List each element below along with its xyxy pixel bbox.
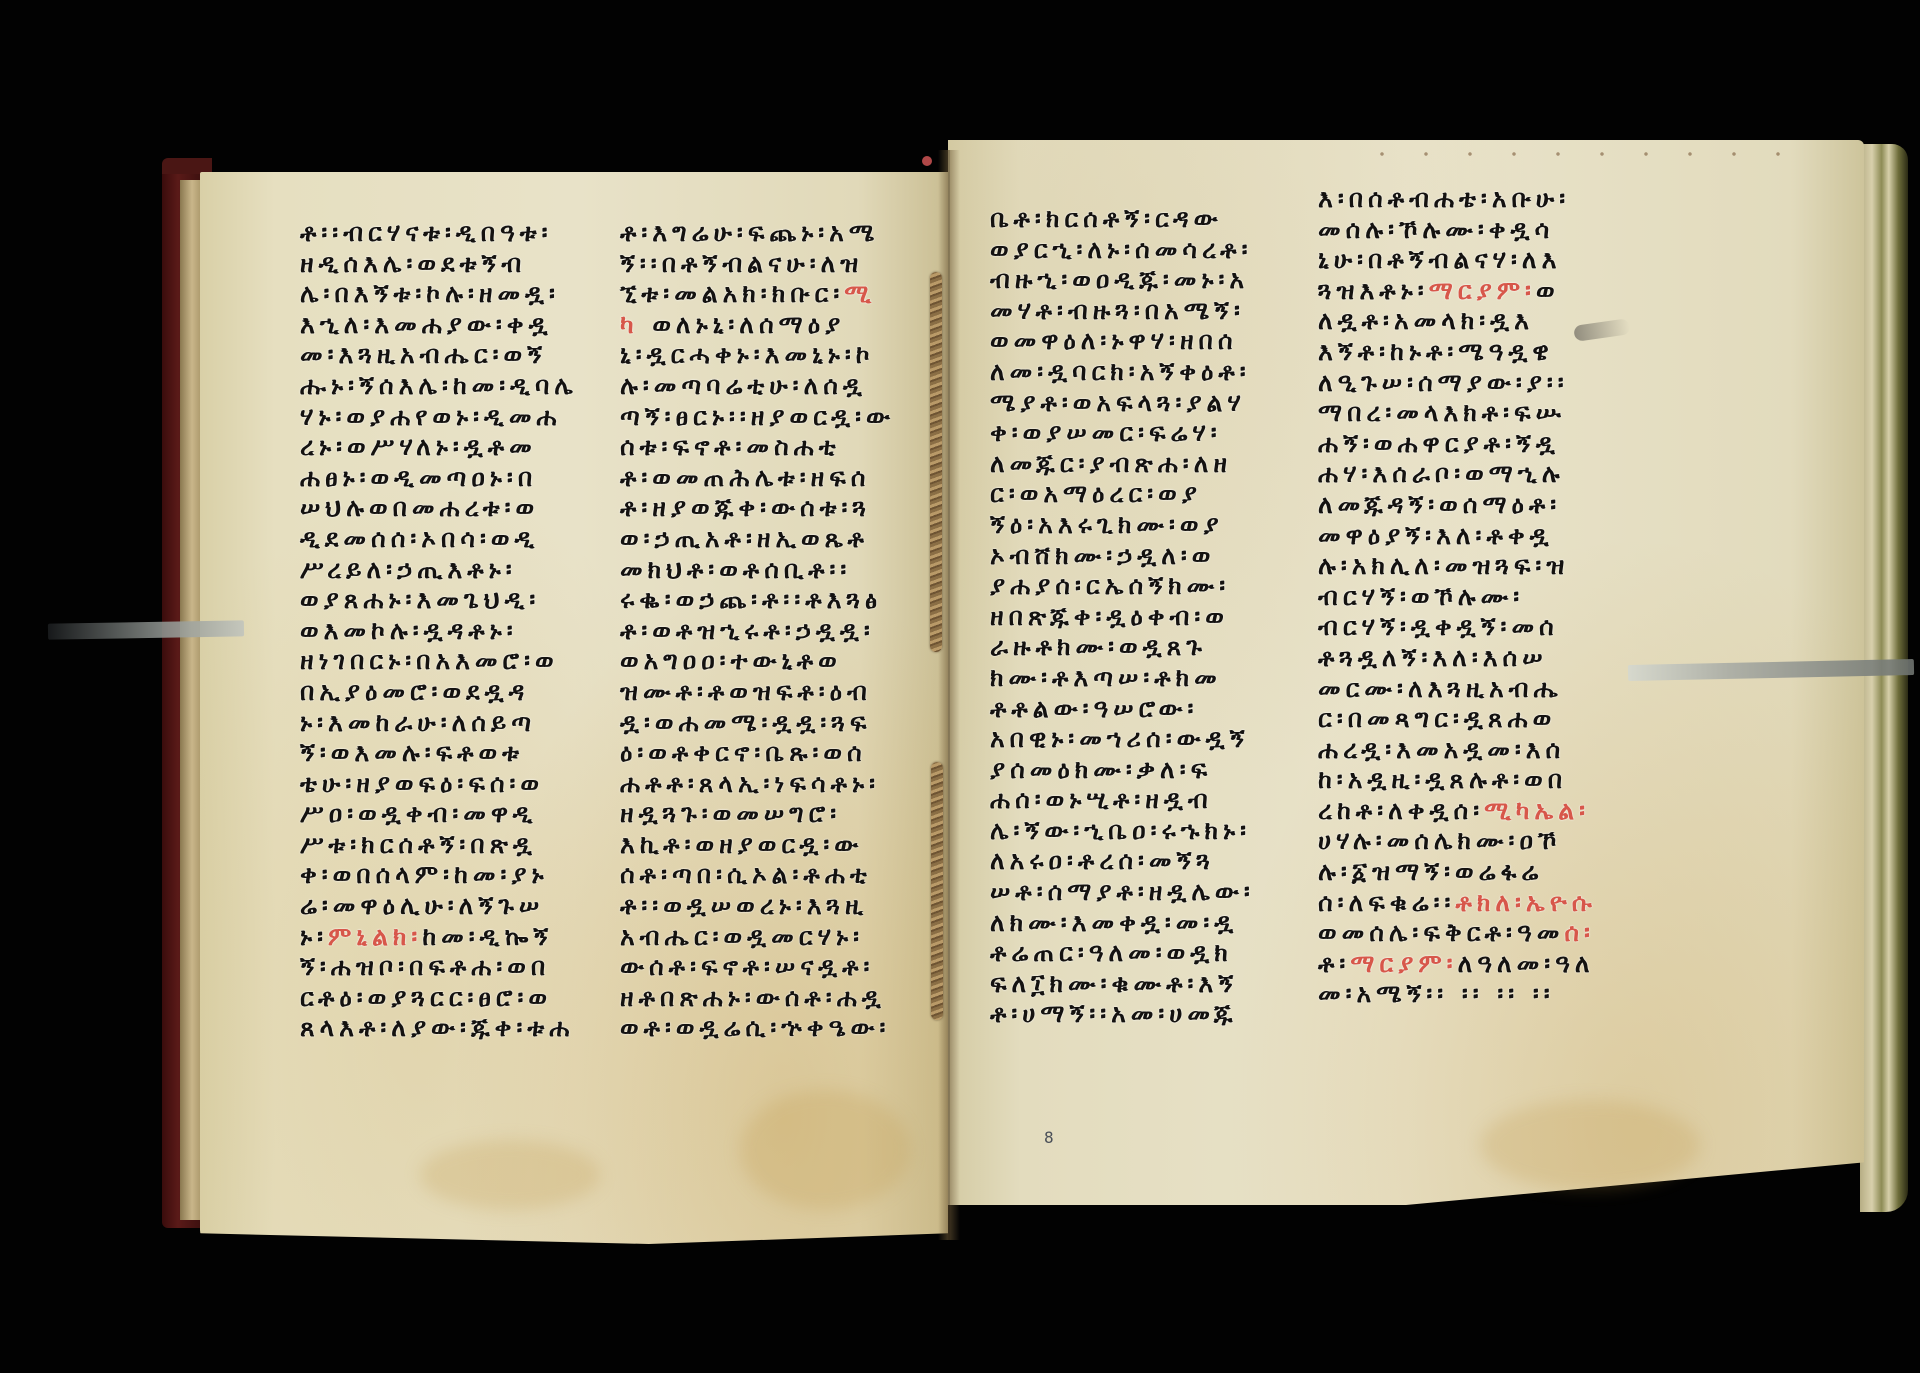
line-text: ቶ፡ዘያወጁቀ፡ውሰቱ፡ጓ <box>620 493 871 522</box>
manuscript-line: ኝ፡፡በቶኝብልናሁ፡ለዝ <box>620 249 930 280</box>
manuscript-line: ሃኑ፡ወያሐየወኑ፡ዲመሐ <box>300 402 610 433</box>
manuscript-line: ሐፀኑ፡ወዲመጣዐኑ፡በ <box>300 463 610 494</box>
manuscript-line: ወመሰሌ፡ፍቅርቶ፡ዓመሰ፡ <box>1318 918 1648 949</box>
line-text: ቶ፡እግሬሁ፡ፍጨኑ፡አሜ <box>620 218 879 247</box>
red-ink-mark <box>922 156 932 166</box>
line-text: ወ <box>1536 276 1560 305</box>
line-text: ዲደመሰሰ፡ኦበሳ፡ወዲ <box>300 524 539 553</box>
manuscript-line: ለዷቶ፡አመላክ፡ዷእ <box>1318 306 1648 337</box>
line-text: ር፡ወአማዕረር፡ወያ <box>990 479 1202 508</box>
line-text: ሌ፡ኝው፡ኂቤዐ፡ሩኁክኑ፡ <box>990 816 1251 845</box>
line-text: ዝሙቶ፡ቶወዝፍቶ፡ዕብ <box>620 677 872 706</box>
line-text: መክህቶ፡ወቶሰቢቶ፡፡ <box>620 555 851 584</box>
manuscript-line: ለመ፡ዷባርክ፡አኝቀዕቶ፡ <box>990 357 1315 388</box>
manuscript-line: ወ፡ኃጢአቶ፡ዘኢወጼቶ <box>620 524 930 555</box>
manuscript-line: ራዙቶክሙ፡ወዷጸጉ <box>990 632 1315 663</box>
line-text: ሠህሉወበመሐረቱ፡ወ <box>300 493 539 522</box>
line-text: ኑ፡ <box>300 922 328 951</box>
manuscript-line: ሉ፡መጣባሬቲሁ፡ለሰዷ <box>620 371 930 402</box>
manuscript-line: ማበረ፡መላእክቶ፡ፍሡ <box>1318 398 1648 429</box>
line-text: ዘበጽጁቀ፡ዷዕቀብ፡ወ <box>990 602 1229 631</box>
manuscript-line: ዕ፡ወቶቀርኖ፡ቤጹ፡ወሰ <box>620 738 930 769</box>
line-text: ሀሃሉ፡መሰሌክሙ፡ዐኾ <box>1318 826 1561 855</box>
manuscript-line: ቶ፡፡ብርሃናቱ፡ዲበዓቱ፡ <box>300 218 610 249</box>
line-text: ቶ፡ <box>1318 949 1350 978</box>
manuscript-line: ቀ፡ወያሠመር፡ፍሬሃ፡ <box>990 418 1315 449</box>
manuscript-line: መሃቶ፡ብዙጓ፡በአሜኝ፡ <box>990 296 1315 327</box>
manuscript-line: ሠቶ፡ሰማያቶ፡ዘዷሌው፡ <box>990 877 1315 908</box>
manuscript-line: እኂለ፡እመሐያው፡ቀዷ <box>300 310 610 341</box>
line-text: ሠቶ፡ሰማያቶ፡ዘዷሌው፡ <box>990 877 1255 906</box>
line-text: ቶ፡ወቶዝኂሩቶ፡ኃዷዷ፡ <box>620 616 875 645</box>
line-text: ሰቶ፡ጣበ፡ሲኦል፡ቶሐቲ <box>620 860 872 889</box>
manuscript-line: ሰቶ፡ጣበ፡ሲኦል፡ቶሐቲ <box>620 860 930 891</box>
pricking-marks <box>1360 150 1800 158</box>
line-text: ር፡በመጻግር፡ዷጸሐወ <box>1318 704 1556 733</box>
manuscript-line: መርሙ፡ለእጓዚአብሔ <box>1318 674 1648 705</box>
rubric-text: ምኒልክ፡ <box>328 922 422 951</box>
line-text: ማበረ፡መላእክቶ፡ፍሡ <box>1318 398 1566 427</box>
line-text: ሐረዷ፡እመአዷመ፡እሰ <box>1318 735 1565 764</box>
line-text: ወመዋዕለ፡ኑዋሃ፡ዘበሰ <box>990 326 1238 355</box>
manuscript-line: እኪቶ፡ወዘያወርዷ፡ው <box>620 830 930 861</box>
manuscript-line: ሥዐ፡ወዷቀብ፡መዋዲ <box>300 799 610 830</box>
line-text: ሩቈ፡ወኃጨ፡ቶ፡፡ቶእጓፅ <box>620 585 882 614</box>
manuscript-line: ሬ፡መዋዕሊሁ፡ለኝጉሠ <box>300 891 610 922</box>
manuscript-line: እኝቶ፡ከኑቶ፡ሜዓዷዌ <box>1318 337 1648 368</box>
manuscript-line: ሉ፡አክሊለ፡መዝጓፍ፡ዝ <box>1318 551 1648 582</box>
line-text: ኦብሸክሙ፡ኃዷለ፡ወ <box>990 541 1215 570</box>
manuscript-line: ፍለ፲ክሙ፡ቁሙቶ፡እኝ <box>990 969 1315 1000</box>
line-text: ለአሩዐ፡ቶረሰ፡መኝጓ <box>990 846 1215 875</box>
rubric-text: ሚ <box>844 279 876 308</box>
photo-background: ቶ፡፡ብርሃናቱ፡ዲበዓቱ፡ዘዲሰእሌ፡ወደቱኝብሌ፡በእኝቱ፡ኮሉ፡ዘመዷ፡እ… <box>0 0 1920 1373</box>
line-text: ብርሃኝ፡ዷቀዷኝ፡መሰ <box>1318 612 1559 641</box>
line-text: ቶ፡፡ብርሃናቱ፡ዲበዓቱ፡ <box>300 218 553 247</box>
line-text: ወያጸሐኑ፡እመጌህዲ፡ <box>300 585 540 614</box>
manuscript-line: ለመጁር፡ያብጽሐ፡ለዘ <box>990 449 1315 480</box>
line-text: ጣኝ፡ፀርኑ፡፡ዘያወርዷ፡ው <box>620 402 895 431</box>
manuscript-line: ለዒጉሠ፡ሰማያው፡ያ፡፡ <box>1318 368 1648 399</box>
line-text: ቴሁ፡ዘያወፍዕ፡ፍሰ፡ወ <box>300 769 544 798</box>
manuscript-line: ያሐያሰ፡ርኤሰኝክሙ፡ <box>990 571 1315 602</box>
line-text: ለመጁዳኝ፡ወሰማዕቶ፡ <box>1318 490 1561 519</box>
manuscript-line: ለአሩዐ፡ቶረሰ፡መኝጓ <box>990 846 1315 877</box>
line-text: ሥቱ፡ክርሰቶኝ፡በጽዷ <box>300 830 537 859</box>
line-text: ዘቶበጽሐኑ፡ውሰቶ፡ሐዷ <box>620 983 886 1012</box>
manuscript-line: በኢያዕመሮ፡ወደዷዳ <box>300 677 610 708</box>
line-text: መሰሉ፡ኾሉሙ፡ቀዷሳ <box>1318 215 1554 244</box>
manuscript-line: ካ ወለኑኒ፡ለሰማዕያ <box>620 310 930 341</box>
manuscript-line: ሩቈ፡ወኃጨ፡ቶ፡፡ቶእጓፅ <box>620 585 930 616</box>
line-text: እኝቶ፡ከኑቶ፡ሜዓዷዌ <box>1318 337 1554 366</box>
rubric-text: ሰ፡ <box>1564 918 1595 947</box>
manuscript-line: ቶ፡እግሬሁ፡ፍጨኑ፡አሜ <box>620 218 930 249</box>
line-text: ሉ፡፩ዝማኝ፡ወሬፋሬ <box>1318 857 1543 886</box>
manuscript-line: ዷ፡ወሐመሜ፡ዷዷ፡ጓፍ <box>620 708 930 739</box>
line-text: ራዙቶክሙ፡ወዷጸጉ <box>990 632 1207 661</box>
line-text: ወቶ፡ወዷሬሲ፡ኍቀዔው፡ <box>620 1013 890 1042</box>
line-text: ሥዐ፡ወዷቀብ፡መዋዲ <box>300 799 537 828</box>
line-text: ወአግዐዐ፡ተውኒቶወ <box>620 646 842 675</box>
manuscript-line: ከ፡አዷዚ፡ዷጸሉቶ፡ወበ <box>1318 765 1648 796</box>
manuscript-line: ዘበጽጁቀ፡ዷዕቀብ፡ወ <box>990 602 1315 633</box>
line-text: ሐሰ፡ወኑሢቶ፡ዘዷብ <box>990 785 1213 814</box>
line-text: ሰ፡ለፍቁሬ፡፡ <box>1318 888 1455 917</box>
line-text: ኝ፡ወእመሉ፡ፍቶወቱ <box>300 738 524 767</box>
line-text: ኝ፡፡በቶኝብልናሁ፡ለዝ <box>620 249 863 278</box>
binding-stitch-upper <box>930 272 942 652</box>
manuscript-line: ቶ፡ማርያም፡ለዓለመ፡ዓለ <box>1318 949 1648 980</box>
manuscript-line: ቤቶ፡ክርሰቶኝ፡ርዳው <box>990 204 1315 235</box>
rubric-text: ማርያም፡ <box>1429 276 1536 305</box>
line-text: ረኑ፡ወሥሃለኑ፡ዷቶመ <box>300 432 537 461</box>
manuscript-line: ረኑ፡ወሥሃለኑ፡ዷቶመ <box>300 432 610 463</box>
manuscript-line: ቶ፡ዘያወጁቀ፡ውሰቱ፡ጓ <box>620 493 930 524</box>
line-text: ሌ፡በእኝቱ፡ኮሉ፡ዘመዷ፡ <box>300 279 560 308</box>
manuscript-line: ቶ፡ሀማኝ፡፡አመ፡ሀመጁ <box>990 999 1315 1030</box>
line-text: ለዷቶ፡አመላክ፡ዷእ <box>1318 306 1534 335</box>
line-text: ክሙ፡ቶእጣሠ፡ቶክመ <box>990 663 1222 692</box>
line-text: ሑኑ፡ኝሰእሌ፡ከመ፡ዲባሌ <box>300 371 578 400</box>
manuscript-line: ዘቶበጽሐኑ፡ውሰቶ፡ሐዷ <box>620 983 930 1014</box>
manuscript-line: ር፡በመጻግር፡ዷጸሐወ <box>1318 704 1648 735</box>
manuscript-line: ር፡ወአማዕረር፡ወያ <box>990 479 1315 510</box>
line-text: እኂለ፡እመሐያው፡ቀዷ <box>300 310 553 339</box>
manuscript-line: ወያጸሐኑ፡እመጌህዲ፡ <box>300 585 610 616</box>
manuscript-line: ዘዲሰእሌ፡ወደቱኝብ <box>300 249 610 280</box>
manuscript-line: ሐረዷ፡እመአዷመ፡እሰ <box>1318 735 1648 766</box>
line-text: ከመ፡ዲኰኝ <box>422 922 553 951</box>
manuscript-line: ሐኝ፡ወሐዋርያቶ፡ኝዷ <box>1318 429 1648 460</box>
manuscript-line: ቴሁ፡ዘያወፍዕ፡ፍሰ፡ወ <box>300 769 610 800</box>
line-text: ውሰቶ፡ፍኖቶ፡ሠናዷቶ፡ <box>620 952 874 981</box>
manuscript-line: ኑ፡ምኒልክ፡ከመ፡ዲኰኝ <box>300 922 610 953</box>
manuscript-line: ጸላእቶ፡ለያው፡ጁቀ፡ቱሐ <box>300 1013 610 1044</box>
line-text: ቤቶ፡ክርሰቶኝ፡ርዳው <box>990 204 1223 233</box>
rubric-text: ሚካኤል፡ <box>1484 796 1590 825</box>
line-text: ኒ፡ዷርሓቀኑ፡እመኒኑ፡ኮ <box>620 340 875 369</box>
manuscript-line: ወቶ፡ወዷሬሲ፡ኍቀዔው፡ <box>620 1013 930 1044</box>
manuscript-line: ውሰቶ፡ፍኖቶ፡ሠናዷቶ፡ <box>620 952 930 983</box>
manuscript-line: መክህቶ፡ወቶሰቢቶ፡፡ <box>620 555 930 586</box>
line-text: ለዓለመ፡ዓለ <box>1458 949 1595 978</box>
line-text: ሉ፡አክሊለ፡መዝጓፍ፡ዝ <box>1318 551 1569 580</box>
line-text: ያሰመዕክሙ፡ቃለ፡ፍ <box>990 755 1212 784</box>
manuscript-line: ኚቱ፡መልአክ፡ክቡር፡ሚ <box>620 279 930 310</box>
line-text: በኢያዕመሮ፡ወደዷዳ <box>300 677 529 706</box>
line-text: ወእመኮሉ፡ዷዳቶኑ፡ <box>300 616 518 645</box>
line-text: እ፡በሰቶብሐቴ፡አቡሁ፡ <box>1318 184 1570 213</box>
manuscript-line: ቶጓዷለኝ፡እለ፡እሰሠ <box>1318 643 1648 674</box>
line-text: ኝ፡ሐዝቦ፡በፍቶሐ፡ወበ <box>300 952 550 981</box>
line-text: ዕ፡ወቶቀርኖ፡ቤጹ፡ወሰ <box>620 738 867 767</box>
line-text: አብሔር፡ወዷመርሃኑ፡ <box>620 922 864 951</box>
binding-stitch-lower <box>931 762 943 1020</box>
line-text: መ፡አሜኝ፡፡ ፡፡ ፡፡ ፡፡ <box>1318 979 1555 1008</box>
manuscript-line: ቶሬጠር፡ዓለመ፡ወዷክ <box>990 938 1315 969</box>
manuscript-line: መ፡እጓዚአብሔር፡ወኝ <box>300 340 610 371</box>
line-text: ብዙኂ፡ወዐዲጁ፡መኑ፡አ <box>990 265 1249 294</box>
line-text: ወ፡ኃጢአቶ፡ዘኢወጼቶ <box>620 524 869 553</box>
line-text: ወመሰሌ፡ፍቅርቶ፡ዓመ <box>1318 918 1564 947</box>
line-text: ረከቶ፡ለቀዷሰ፡ <box>1318 796 1484 825</box>
manuscript-line: ቶቶልው፡ዓሠሮው፡ <box>990 694 1315 725</box>
line-text: መ፡እጓዚአብሔር፡ወኝ <box>300 340 547 369</box>
line-text: ቶሬጠር፡ዓለመ፡ወዷክ <box>990 938 1233 967</box>
water-stain <box>1480 1100 1700 1190</box>
text-column-2: ቶ፡እግሬሁ፡ፍጨኑ፡አሜኝ፡፡በቶኝብልናሁ፡ለዝኚቱ፡መልአክ፡ክቡር፡ሚካ… <box>620 218 930 1044</box>
line-text: ዘዷጓጉ፡ወመሠግሮ፡ <box>620 799 841 828</box>
manuscript-line: ሜያቶ፡ወአፍላጓ፡ያልሃ <box>990 388 1315 419</box>
line-text: ኑ፡እመከራሁ፡ለሰይጣ <box>300 708 536 737</box>
manuscript-line: ዘነገበርኑ፡በአእመሮ፡ወ <box>300 646 610 677</box>
line-text: መርሙ፡ለእጓዚአብሔ <box>1318 674 1563 703</box>
manuscript-line: ሉ፡፩ዝማኝ፡ወሬፋሬ <box>1318 857 1648 888</box>
line-text: እኪቶ፡ወዘያወርዷ፡ው <box>620 830 863 859</box>
line-text: ቶ፡ወመጠሕሌቱ፡ዘፍሰ <box>620 463 870 492</box>
folio-number: 8 <box>1044 1128 1054 1147</box>
manuscript-line: ኑ፡እመከራሁ፡ለሰይጣ <box>300 708 610 739</box>
line-text: ዷ፡ወሐመሜ፡ዷዷ፡ጓፍ <box>620 708 871 737</box>
manuscript-line: ሰቱ፡ፍኖቶ፡መስሐቲ <box>620 432 930 463</box>
manuscript-line: ኝ፡ሐዝቦ፡በፍቶሐ፡ወበ <box>300 952 610 983</box>
line-text: ወያርኂ፡ለኑ፡ሰመሳረቶ፡ <box>990 235 1252 264</box>
manuscript-line: ጣኝ፡ፀርኑ፡፡ዘያወርዷ፡ው <box>620 402 930 433</box>
manuscript-line: ወአግዐዐ፡ተውኒቶወ <box>620 646 930 677</box>
manuscript-line: ብርሃኝ፡ወኾሉሙ፡ <box>1318 582 1648 613</box>
manuscript-line: ሀሃሉ፡መሰሌክሙ፡ዐኾ <box>1318 826 1648 857</box>
text-column-4: እ፡በሰቶብሐቴ፡አቡሁ፡መሰሉ፡ኾሉሙ፡ቀዷሳኒሁ፡በቶኝብልናሃ፡ለእጓዝእ… <box>1318 184 1648 1010</box>
line-text: ጓዝእቶኑ፡ <box>1318 276 1429 305</box>
manuscript-line: ሌ፡ኝው፡ኂቤዐ፡ሩኁክኑ፡ <box>990 816 1315 847</box>
line-text: ለዒጉሠ፡ሰማያው፡ያ፡፡ <box>1318 368 1569 397</box>
manuscript-line: ኝዕ፡አእሩጊክሙ፡ወያ <box>990 510 1315 541</box>
manuscript-line: ሥቱ፡ክርሰቶኝ፡በጽዷ <box>300 830 610 861</box>
manuscript-line: መ፡አሜኝ፡፡ ፡፡ ፡፡ ፡፡ <box>1318 979 1648 1010</box>
manuscript-line: ኒሁ፡በቶኝብልናሃ፡ለእ <box>1318 245 1648 276</box>
line-text: ሐቶቶ፡ጸላኢ፡ነፍሳቶኑ፡ <box>620 769 880 798</box>
manuscript-line: ብርሃኝ፡ዷቀዷኝ፡መሰ <box>1318 612 1648 643</box>
manuscript-line: ወመዋዕለ፡ኑዋሃ፡ዘበሰ <box>990 326 1315 357</box>
line-text: ቶ፡ሀማኝ፡፡አመ፡ሀመጁ <box>990 999 1237 1028</box>
line-text: ሜያቶ፡ወአፍላጓ፡ያልሃ <box>990 388 1246 417</box>
manuscript-line: መሰሉ፡ኾሉሙ፡ቀዷሳ <box>1318 215 1648 246</box>
manuscript-line: ቶ፡፡ወዷሠወረኑ፡እጓዚ <box>620 891 930 922</box>
line-text: ሥረይለ፡ኃጢእቶኑ፡ <box>300 555 517 584</box>
line-text: ከ፡አዷዚ፡ዷጸሉቶ፡ወበ <box>1318 765 1567 794</box>
manuscript-line: ሐሃ፡እሰራቦ፡ወማኂሉ <box>1318 459 1648 490</box>
manuscript-line: ዘዷጓጉ፡ወመሠግሮ፡ <box>620 799 930 830</box>
line-text: ያሐያሰ፡ርኤሰኝክሙ፡ <box>990 571 1230 600</box>
bookmark-strip-left[interactable] <box>48 620 244 639</box>
text-column-3: ቤቶ፡ክርሰቶኝ፡ርዳውወያርኂ፡ለኑ፡ሰመሳረቶ፡ብዙኂ፡ወዐዲጁ፡መኑ፡አመ… <box>990 204 1315 1030</box>
line-text: ቶጓዷለኝ፡እለ፡እሰሠ <box>1318 643 1548 672</box>
line-text: ሉ፡መጣባሬቲሁ፡ለሰዷ <box>620 371 867 400</box>
manuscript-line: ሰ፡ለፍቁሬ፡፡ቶክለ፡ኤዮሱ <box>1318 888 1648 919</box>
manuscript-line: ኒ፡ዷርሓቀኑ፡እመኒኑ፡ኮ <box>620 340 930 371</box>
line-text: ሬ፡መዋዕሊሁ፡ለኝጉሠ <box>300 891 544 920</box>
line-text: ሐኝ፡ወሐዋርያቶ፡ኝዷ <box>1318 429 1560 458</box>
manuscript-line: ያሰመዕክሙ፡ቃለ፡ፍ <box>990 755 1315 786</box>
manuscript-line: ሥረይለ፡ኃጢእቶኑ፡ <box>300 555 610 586</box>
line-text: ኝዕ፡አእሩጊክሙ፡ወያ <box>990 510 1224 539</box>
manuscript-line: አበዊኑ፡መኀሪሰ፡ውዷኝ <box>990 724 1315 755</box>
manuscript-line: ረከቶ፡ለቀዷሰ፡ሚካኤል፡ <box>1318 796 1648 827</box>
line-text: ዘነገበርኑ፡በአእመሮ፡ወ <box>300 646 559 675</box>
manuscript-line: ሐሰ፡ወኑሢቶ፡ዘዷብ <box>990 785 1315 816</box>
line-text: ሃኑ፡ወያሐየወኑ፡ዲመሐ <box>300 402 562 431</box>
line-text: ቶ፡፡ወዷሠወረኑ፡እጓዚ <box>620 891 868 920</box>
manuscript-line: ብዙኂ፡ወዐዲጁ፡መኑ፡አ <box>990 265 1315 296</box>
line-text: አበዊኑ፡መኀሪሰ፡ውዷኝ <box>990 724 1250 753</box>
manuscript-line: ሠህሉወበመሐረቱ፡ወ <box>300 493 610 524</box>
manuscript-line: ለመጁዳኝ፡ወሰማዕቶ፡ <box>1318 490 1648 521</box>
manuscript-line: ክሙ፡ቶእጣሠ፡ቶክመ <box>990 663 1315 694</box>
line-text: ሐፀኑ፡ወዲመጣዐኑ፡በ <box>300 463 537 492</box>
manuscript-line: ጓዝእቶኑ፡ማርያም፡ወ <box>1318 276 1648 307</box>
line-text: ኚቱ፡መልአክ፡ክቡር፡ <box>620 279 844 308</box>
line-text: ቀ፡ወያሠመር፡ፍሬሃ፡ <box>990 418 1222 447</box>
manuscript-line: ወያርኂ፡ለኑ፡ሰመሳረቶ፡ <box>990 235 1315 266</box>
manuscript-line: ኝ፡ወእመሉ፡ፍቶወቱ <box>300 738 610 769</box>
rubric-text: ካ <box>620 310 639 339</box>
line-text: ቶቶልው፡ዓሠሮው፡ <box>990 694 1198 723</box>
manuscript-line: ለክሙ፡እመቀዷ፡መ፡ዷ <box>990 908 1315 939</box>
manuscript-line: ወእመኮሉ፡ዷዳቶኑ፡ <box>300 616 610 647</box>
rubric-text: ማርያም፡ <box>1350 949 1457 978</box>
manuscript-line: ቀ፡ወበሰላም፡ከመ፡ያኑ <box>300 860 610 891</box>
line-text: ብርሃኝ፡ወኾሉሙ፡ <box>1318 582 1524 611</box>
manuscript-line: ርቶዕ፡ወያጓርር፡ፀሮ፡ወ <box>300 983 610 1014</box>
manuscript-line: ኦብሸክሙ፡ኃዷለ፡ወ <box>990 541 1315 572</box>
line-text: ዘዲሰእሌ፡ወደቱኝብ <box>300 249 526 278</box>
manuscript-line: ቶ፡ወቶዝኂሩቶ፡ኃዷዷ፡ <box>620 616 930 647</box>
page-block-edge-right <box>1860 144 1908 1212</box>
line-text: ለመጁር፡ያብጽሐ፡ለዘ <box>990 449 1232 478</box>
line-text: ወለኑኒ፡ለሰማዕያ <box>639 310 846 339</box>
line-text: ጸላእቶ፡ለያው፡ጁቀ፡ቱሐ <box>300 1013 574 1042</box>
manuscript-line: እ፡በሰቶብሐቴ፡አቡሁ፡ <box>1318 184 1648 215</box>
book-cover-corner <box>162 158 212 174</box>
manuscript-line: መዋዕያኝ፡እለ፡ቶቀዷ <box>1318 521 1648 552</box>
line-text: መዋዕያኝ፡እለ፡ቶቀዷ <box>1318 521 1554 550</box>
line-text: ሰቱ፡ፍኖቶ፡መስሐቲ <box>620 432 841 461</box>
rubric-text: ቶክለ፡ኤዮሱ <box>1455 888 1596 917</box>
line-text: ኒሁ፡በቶኝብልናሃ፡ለእ <box>1318 245 1561 274</box>
manuscript-line: ዲደመሰሰ፡ኦበሳ፡ወዲ <box>300 524 610 555</box>
manuscript-line: ሌ፡በእኝቱ፡ኮሉ፡ዘመዷ፡ <box>300 279 610 310</box>
manuscript-line: ሐቶቶ፡ጸላኢ፡ነፍሳቶኑ፡ <box>620 769 930 800</box>
line-text: ቀ፡ወበሰላም፡ከመ፡ያኑ <box>300 860 549 889</box>
manuscript-line: ሑኑ፡ኝሰእሌ፡ከመ፡ዲባሌ <box>300 371 610 402</box>
line-text: ለመ፡ዷባርክ፡አኝቀዕቶ፡ <box>990 357 1251 386</box>
manuscript-line: ዝሙቶ፡ቶወዝፍቶ፡ዕብ <box>620 677 930 708</box>
line-text: ሐሃ፡እሰራቦ፡ወማኂሉ <box>1318 459 1565 488</box>
line-text: መሃቶ፡ብዙጓ፡በአሜኝ፡ <box>990 296 1245 325</box>
manuscript-line: ቶ፡ወመጠሕሌቱ፡ዘፍሰ <box>620 463 930 494</box>
line-text: ፍለ፲ክሙ፡ቁሙቶ፡እኝ <box>990 969 1238 998</box>
line-text: ለክሙ፡እመቀዷ፡መ፡ዷ <box>990 908 1238 937</box>
manuscript-line: አብሔር፡ወዷመርሃኑ፡ <box>620 922 930 953</box>
water-stain <box>740 1090 910 1210</box>
line-text: ርቶዕ፡ወያጓርር፡ፀሮ፡ወ <box>300 983 552 1012</box>
text-column-1: ቶ፡፡ብርሃናቱ፡ዲበዓቱ፡ዘዲሰእሌ፡ወደቱኝብሌ፡በእኝቱ፡ኮሉ፡ዘመዷ፡እ… <box>300 218 610 1044</box>
water-stain <box>420 1140 600 1210</box>
